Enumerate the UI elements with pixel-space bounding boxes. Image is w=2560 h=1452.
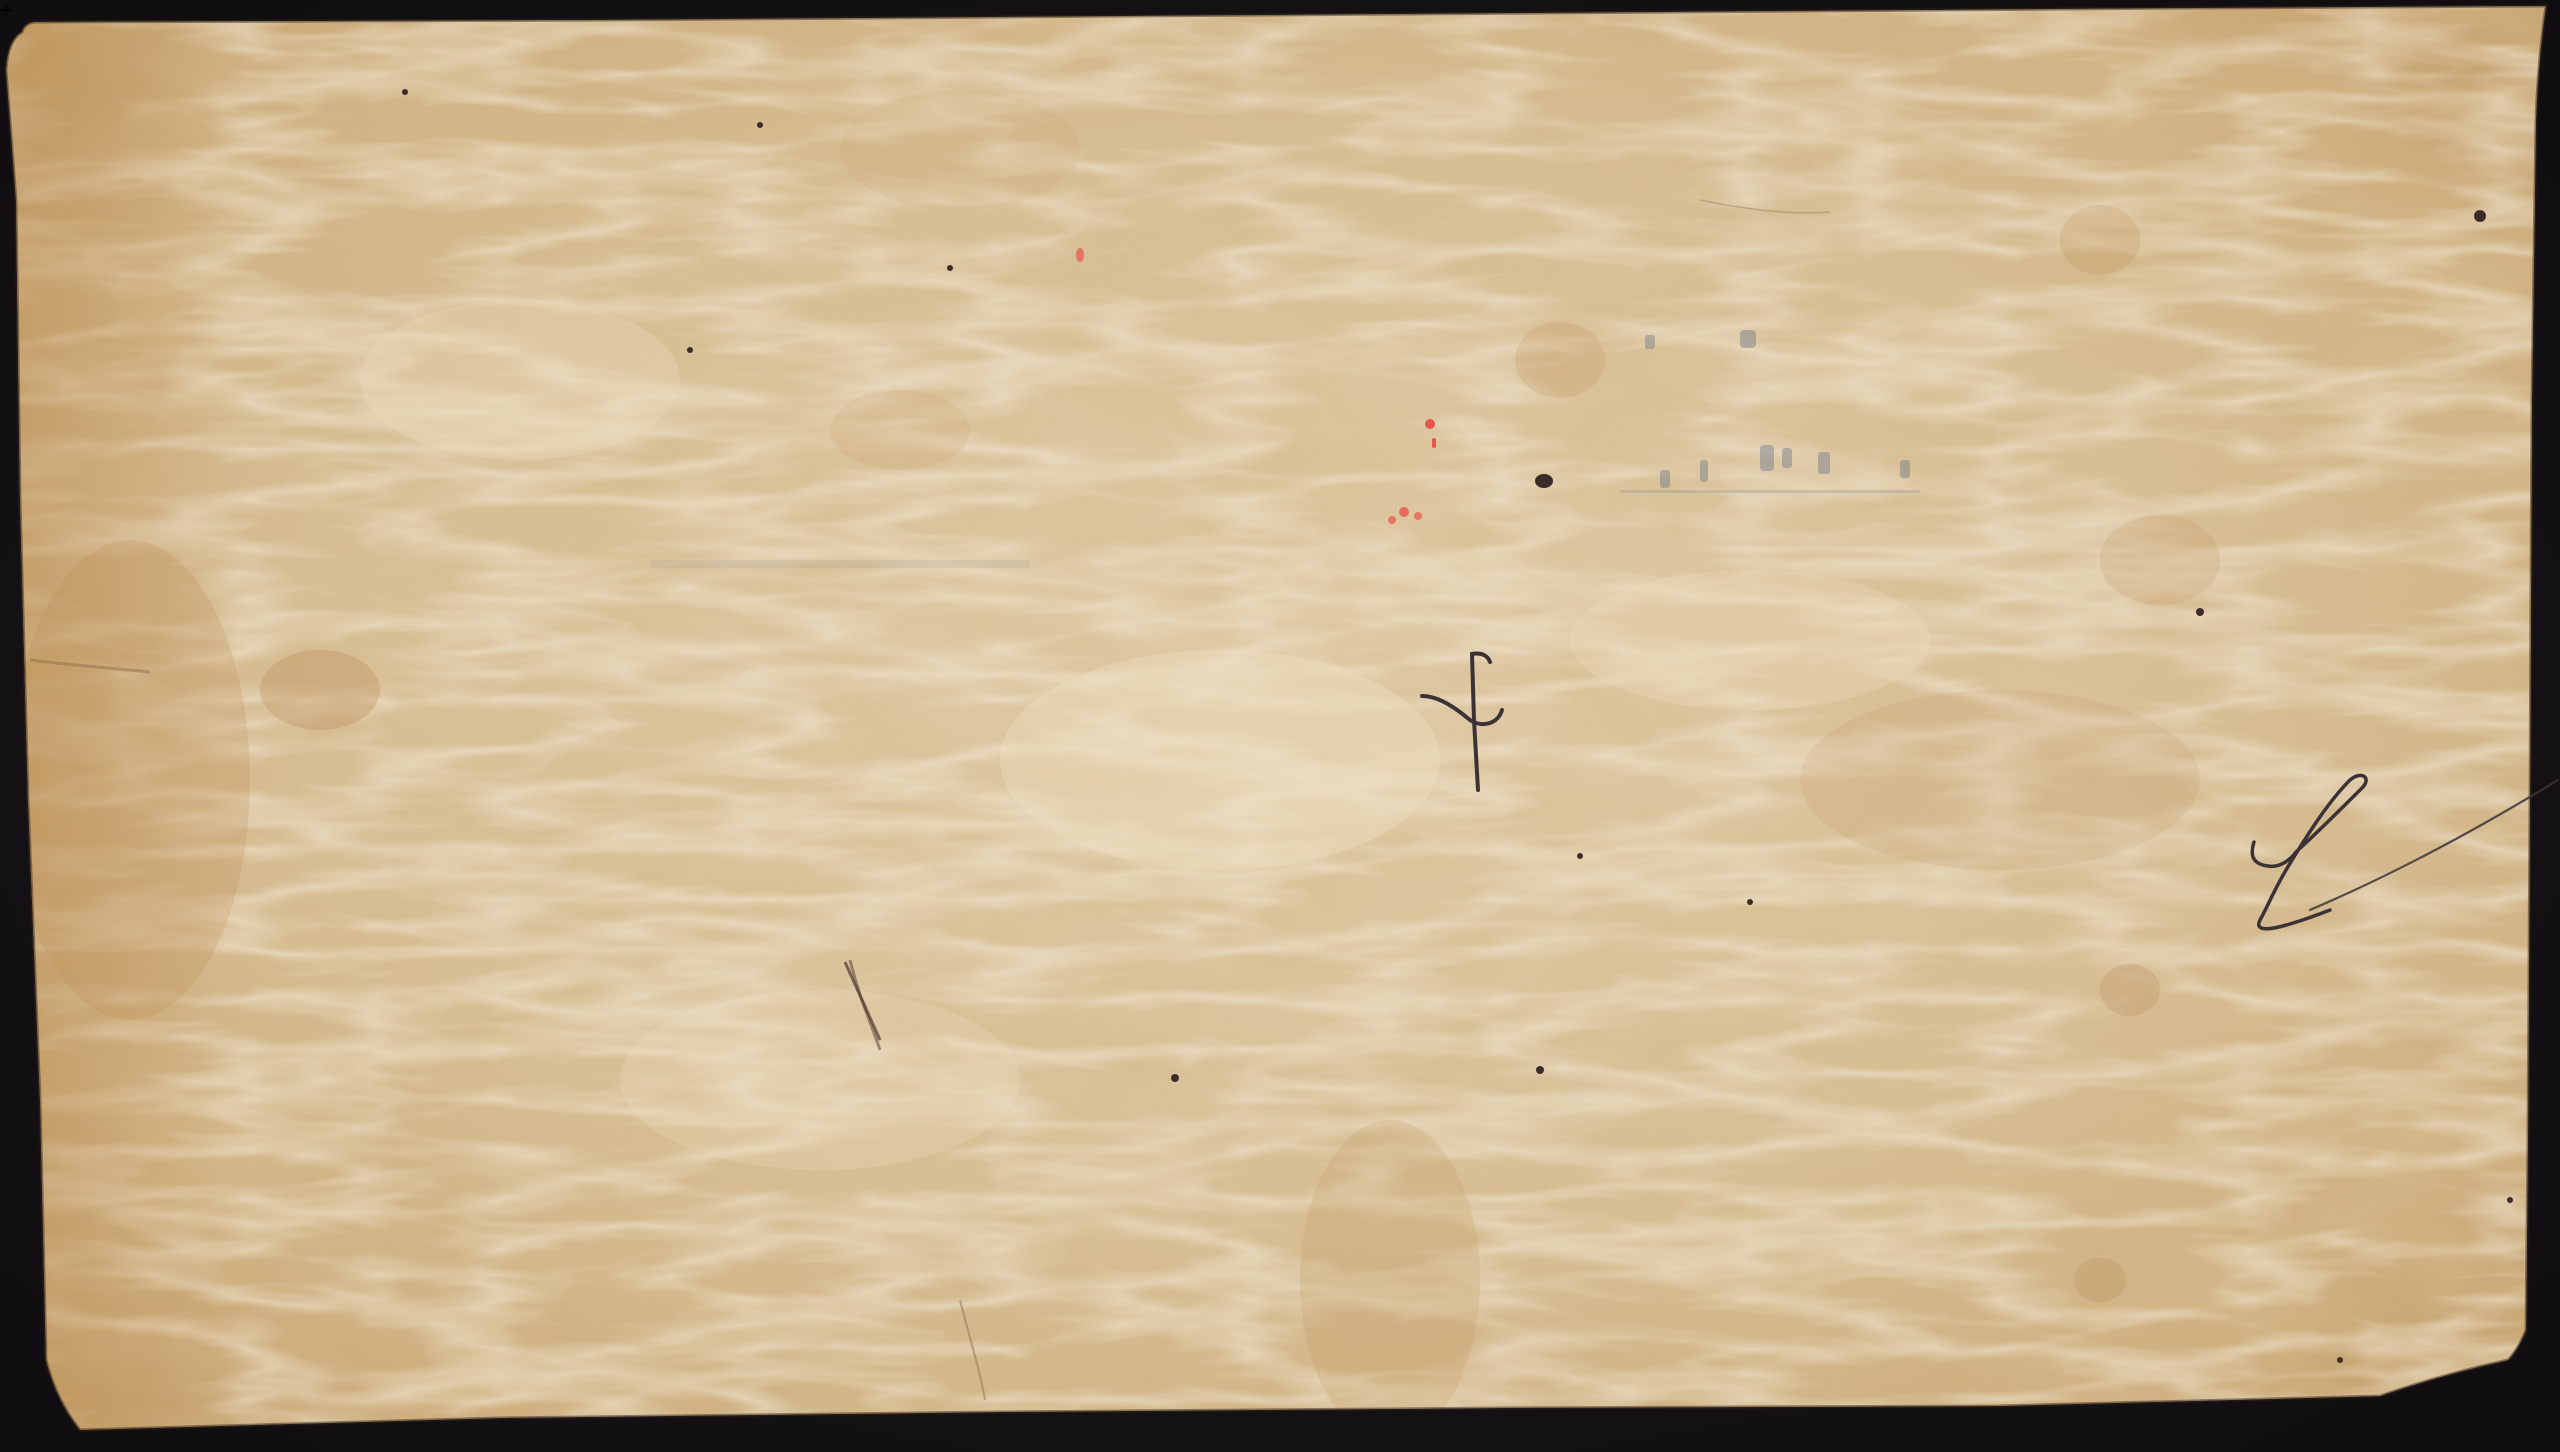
aged-paper-sheet — [0, 0, 2560, 1452]
photo-stage: + Verso of an aged, stained paper sheet … — [0, 0, 2560, 1452]
center-ink-mark — [1410, 640, 1530, 820]
right-ink-flourish — [2240, 760, 2560, 960]
